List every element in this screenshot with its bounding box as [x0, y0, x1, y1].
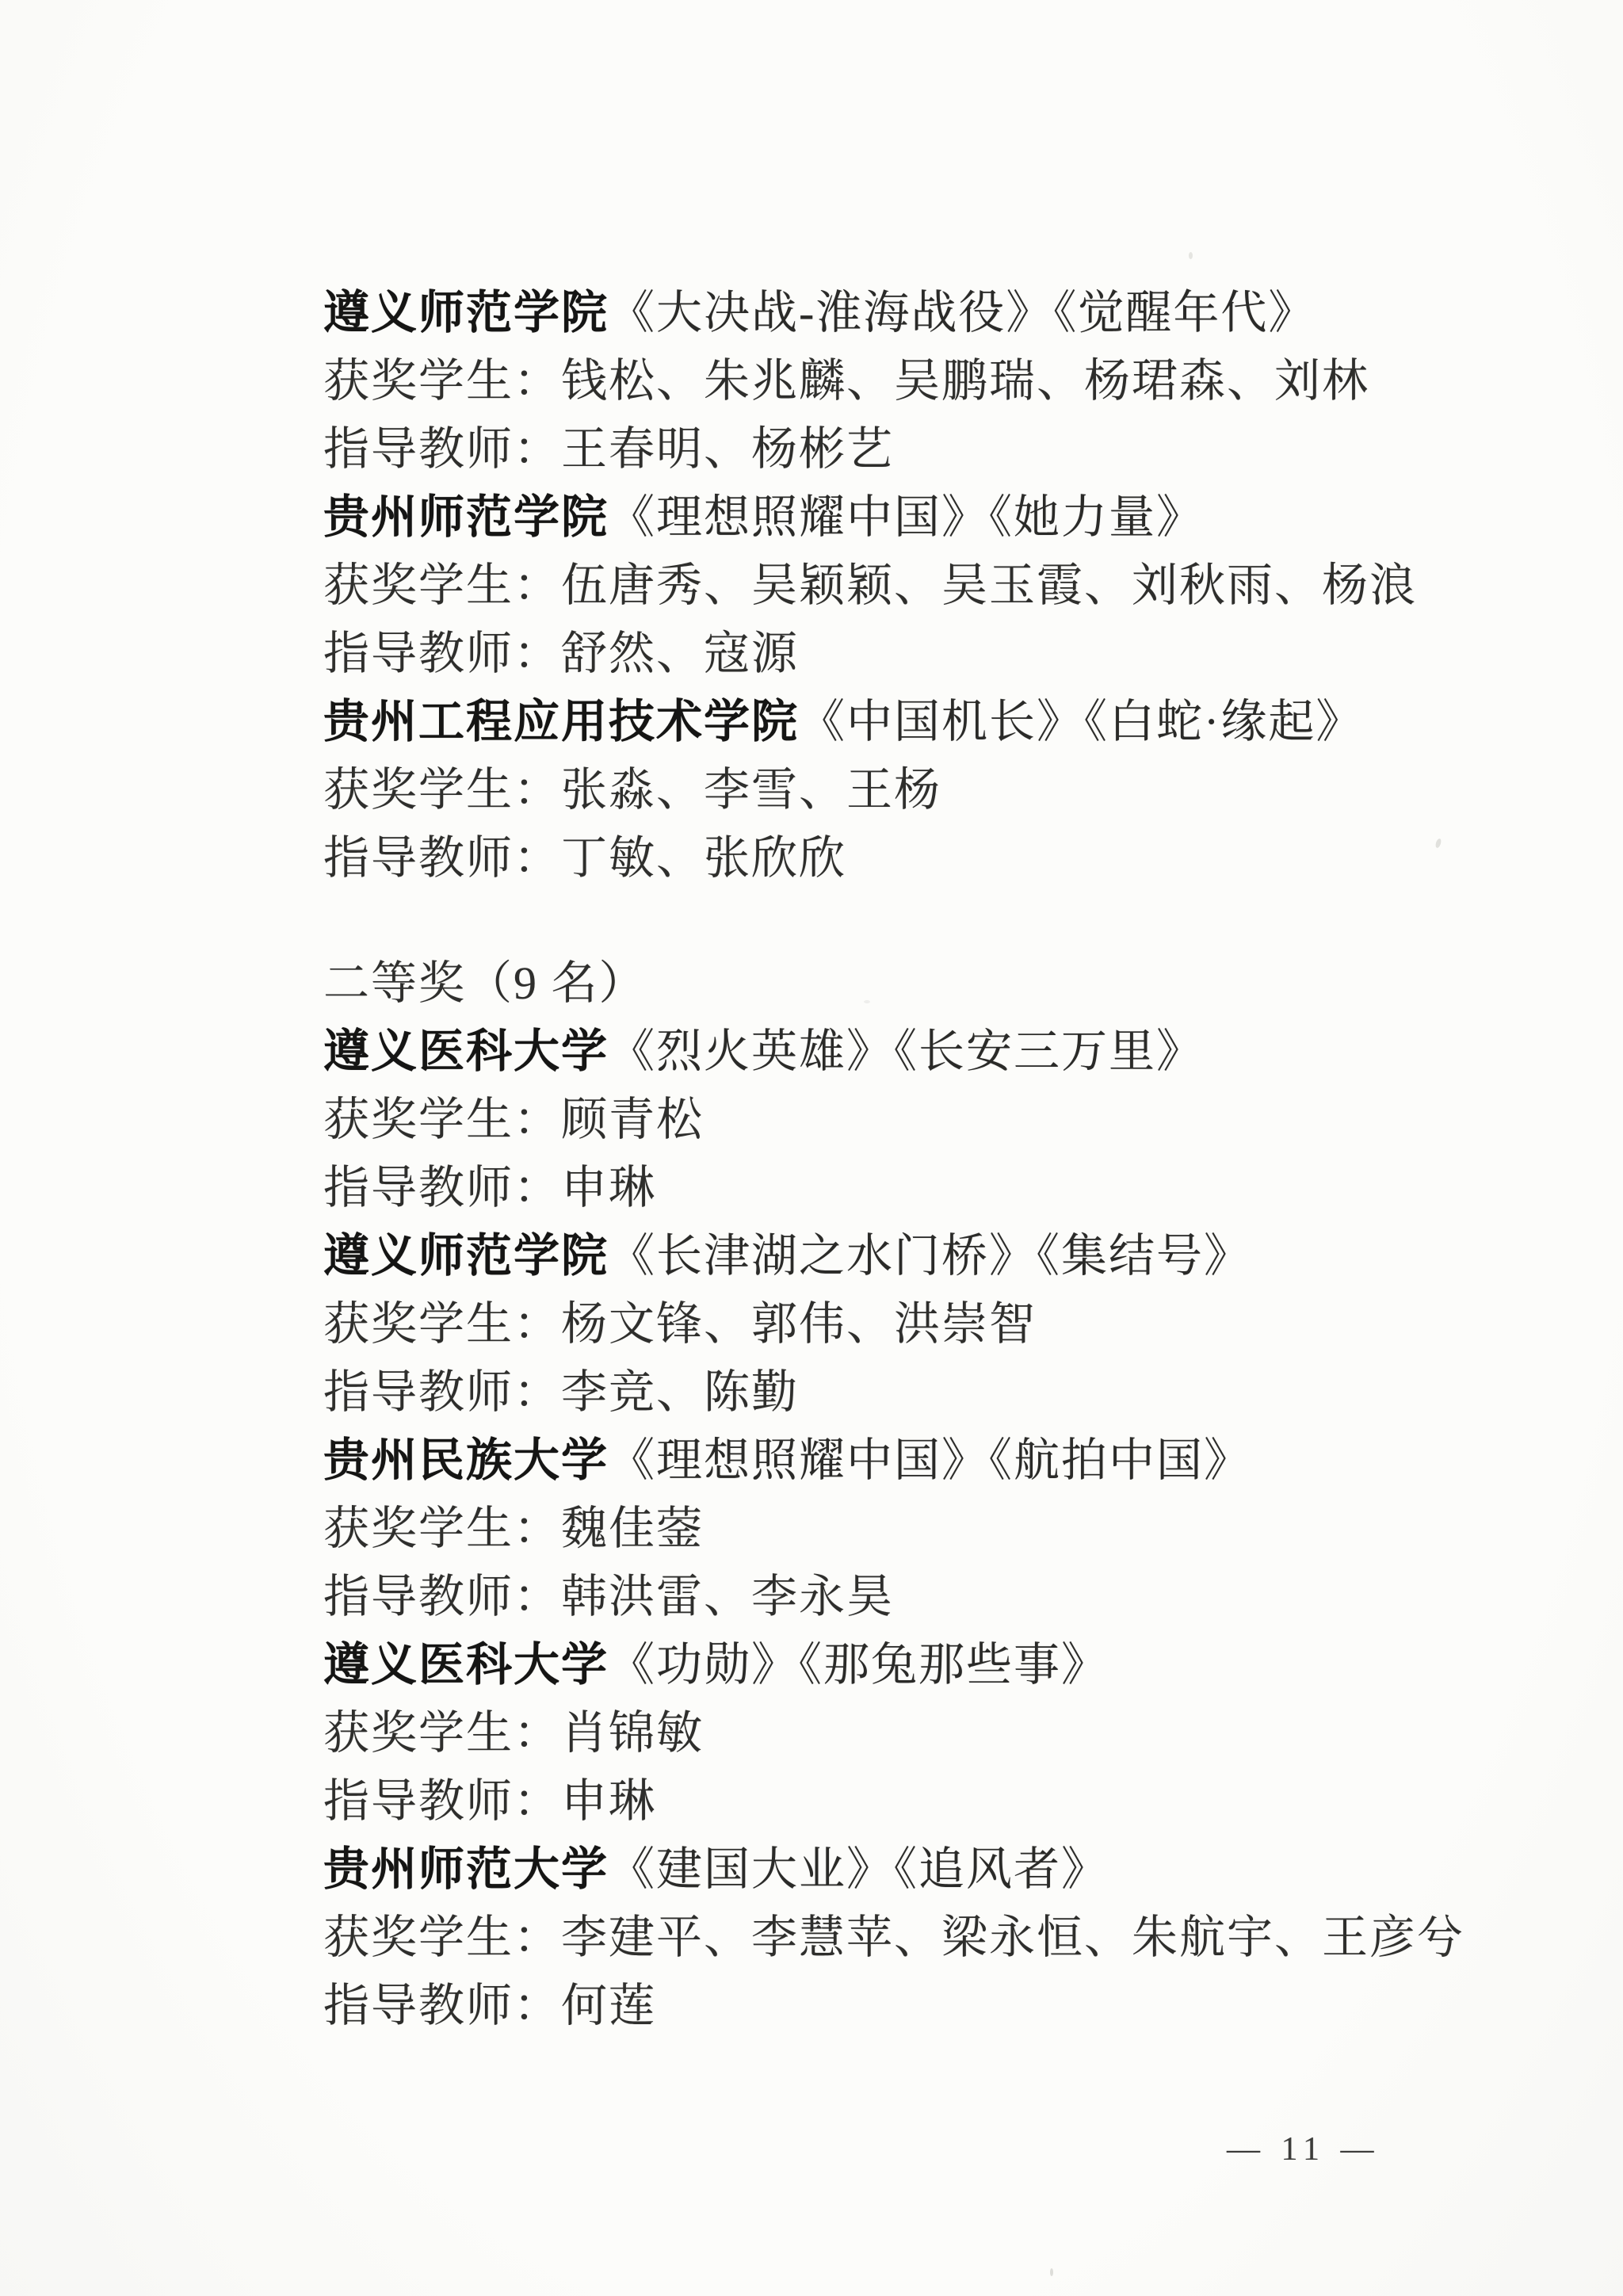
work-titles: 《功勋》《那兔那些事》 — [609, 1639, 1109, 1690]
teachers-names: 韩洪雷、李永昊 — [561, 1571, 894, 1622]
university-name: 遵义医科大学 — [323, 1026, 609, 1077]
section-heading: 二等奖（9 名） — [323, 949, 1496, 1018]
university-name: 贵州工程应用技术学院 — [323, 696, 799, 747]
scan-speck — [1050, 2268, 1053, 2276]
teachers-line: 指导教师：李竞、陈勤 — [323, 1358, 1496, 1427]
students-label: 获奖学生： — [323, 1912, 561, 1963]
students-names: 杨文锋、郭伟、洪崇智 — [561, 1298, 1037, 1350]
teachers-label: 指导教师： — [323, 423, 561, 475]
entry-title-line: 贵州师范学院《理想照耀中国》《她力量》 — [323, 483, 1496, 552]
students-line: 获奖学生：张淼、李雪、王杨 — [323, 756, 1496, 824]
award-entry: 遵义师范学院《大决战-淮海战役》《觉醒年代》 获奖学生：钱松、朱兆麟、吴鹏瑞、杨… — [323, 279, 1496, 483]
work-titles: 《烈火英雄》《长安三万里》 — [609, 1026, 1204, 1077]
page-number: — 11 — — [1227, 2130, 1380, 2168]
teachers-label: 指导教师： — [323, 1162, 561, 1213]
award-entry: 贵州师范大学《建国大业》《追风者》 获奖学生：李建平、李慧苹、梁永恒、朱航宇、王… — [323, 1836, 1496, 2040]
award-entry: 遵义医科大学《烈火英雄》《长安三万里》 获奖学生：顾青松 指导教师：申琳 — [323, 1018, 1496, 1222]
university-name: 贵州师范大学 — [323, 1843, 609, 1895]
entry-title-line: 遵义医科大学《烈火英雄》《长安三万里》 — [323, 1018, 1496, 1086]
students-line: 获奖学生：钱松、朱兆麟、吴鹏瑞、杨珺森、刘林 — [323, 347, 1496, 415]
award-entry: 遵义医科大学《功勋》《那兔那些事》 获奖学生：肖锦敏 指导教师：申琳 — [323, 1631, 1496, 1836]
teachers-line: 指导教师：王春明、杨彬艺 — [323, 415, 1496, 483]
students-label: 获奖学生： — [323, 1094, 561, 1145]
students-names: 李建平、李慧苹、梁永恒、朱航宇、王彦兮 — [561, 1912, 1465, 1963]
students-names: 魏佳蓥 — [561, 1503, 704, 1554]
teachers-line: 指导教师：丁敏、张欣欣 — [323, 824, 1496, 892]
teachers-label: 指导教师： — [323, 1366, 561, 1418]
teachers-names: 王春明、杨彬艺 — [561, 423, 894, 475]
document-page: 遵义师范学院《大决战-淮海战役》《觉醒年代》 获奖学生：钱松、朱兆麟、吴鹏瑞、杨… — [0, 0, 1623, 2296]
teachers-label: 指导教师： — [323, 1571, 561, 1622]
award-entry: 贵州师范学院《理想照耀中国》《她力量》 获奖学生：伍唐秀、吴颖颖、吴玉霞、刘秋雨… — [323, 483, 1496, 688]
teachers-names: 丁敏、张欣欣 — [561, 832, 846, 884]
award-entry: 贵州民族大学《理想照耀中国》《航拍中国》 获奖学生：魏佳蓥 指导教师：韩洪雷、李… — [323, 1427, 1496, 1631]
award-list: 遵义师范学院《大决战-淮海战役》《觉醒年代》 获奖学生：钱松、朱兆麟、吴鹏瑞、杨… — [323, 279, 1496, 2040]
students-line: 获奖学生：杨文锋、郭伟、洪崇智 — [323, 1290, 1496, 1358]
teachers-label: 指导教师： — [323, 1980, 561, 2031]
students-line: 获奖学生：顾青松 — [323, 1086, 1496, 1154]
award-entry: 贵州工程应用技术学院《中国机长》《白蛇·缘起》 获奖学生：张淼、李雪、王杨 指导… — [323, 688, 1496, 892]
university-name: 贵州民族大学 — [323, 1435, 609, 1486]
scan-speck — [1189, 252, 1193, 259]
students-line: 获奖学生：魏佳蓥 — [323, 1495, 1496, 1563]
teachers-names: 舒然、寇源 — [561, 628, 799, 679]
entry-title-line: 遵义医科大学《功勋》《那兔那些事》 — [323, 1631, 1496, 1699]
teachers-label: 指导教师： — [323, 628, 561, 679]
students-names: 顾青松 — [561, 1094, 704, 1145]
entry-title-line: 贵州师范大学《建国大业》《追风者》 — [323, 1836, 1496, 1904]
teachers-line: 指导教师：申琳 — [323, 1154, 1496, 1222]
work-titles: 《长津湖之水门桥》《集结号》 — [609, 1230, 1251, 1282]
work-titles: 《建国大业》《追风者》 — [609, 1843, 1109, 1895]
teachers-line: 指导教师：舒然、寇源 — [323, 620, 1496, 688]
teachers-line: 指导教师：申琳 — [323, 1767, 1496, 1836]
students-label: 获奖学生： — [323, 1707, 561, 1759]
students-line: 获奖学生：肖锦敏 — [323, 1699, 1496, 1767]
work-titles: 《理想照耀中国》《她力量》 — [609, 491, 1204, 543]
students-line: 获奖学生：伍唐秀、吴颖颖、吴玉霞、刘秋雨、杨浪 — [323, 552, 1496, 620]
teachers-line: 指导教师：何莲 — [323, 1972, 1496, 2040]
work-titles: 《理想照耀中国》《航拍中国》 — [609, 1435, 1251, 1486]
entry-title-line: 贵州民族大学《理想照耀中国》《航拍中国》 — [323, 1427, 1496, 1495]
university-name: 贵州师范学院 — [323, 491, 609, 543]
entry-title-line: 贵州工程应用技术学院《中国机长》《白蛇·缘起》 — [323, 688, 1496, 756]
students-names: 张淼、李雪、王杨 — [561, 764, 941, 816]
students-label: 获奖学生： — [323, 1298, 561, 1350]
entry-title-line: 遵义师范学院《长津湖之水门桥》《集结号》 — [323, 1222, 1496, 1290]
students-names: 肖锦敏 — [561, 1707, 704, 1759]
work-titles: 《中国机长》《白蛇·缘起》 — [799, 696, 1363, 747]
university-name: 遵义医科大学 — [323, 1639, 609, 1690]
teachers-names: 何莲 — [561, 1980, 656, 2031]
students-line: 获奖学生：李建平、李慧苹、梁永恒、朱航宇、王彦兮 — [323, 1904, 1496, 1972]
students-label: 获奖学生： — [323, 560, 561, 611]
students-names: 伍唐秀、吴颖颖、吴玉霞、刘秋雨、杨浪 — [561, 560, 1417, 611]
work-titles: 《大决战-淮海战役》《觉醒年代》 — [609, 287, 1316, 338]
award-entry: 遵义师范学院《长津湖之水门桥》《集结号》 获奖学生：杨文锋、郭伟、洪崇智 指导教… — [323, 1222, 1496, 1427]
entry-title-line: 遵义师范学院《大决战-淮海战役》《觉醒年代》 — [323, 279, 1496, 347]
university-name: 遵义师范学院 — [323, 1230, 609, 1282]
students-label: 获奖学生： — [323, 764, 561, 816]
students-label: 获奖学生： — [323, 1503, 561, 1554]
teachers-names: 申琳 — [561, 1775, 656, 1827]
teachers-names: 申琳 — [561, 1162, 656, 1213]
students-names: 钱松、朱兆麟、吴鹏瑞、杨珺森、刘林 — [561, 355, 1369, 407]
teachers-line: 指导教师：韩洪雷、李永昊 — [323, 1563, 1496, 1631]
teachers-names: 李竞、陈勤 — [561, 1366, 799, 1418]
teachers-label: 指导教师： — [323, 832, 561, 884]
university-name: 遵义师范学院 — [323, 287, 609, 338]
students-label: 获奖学生： — [323, 355, 561, 407]
teachers-label: 指导教师： — [323, 1775, 561, 1827]
